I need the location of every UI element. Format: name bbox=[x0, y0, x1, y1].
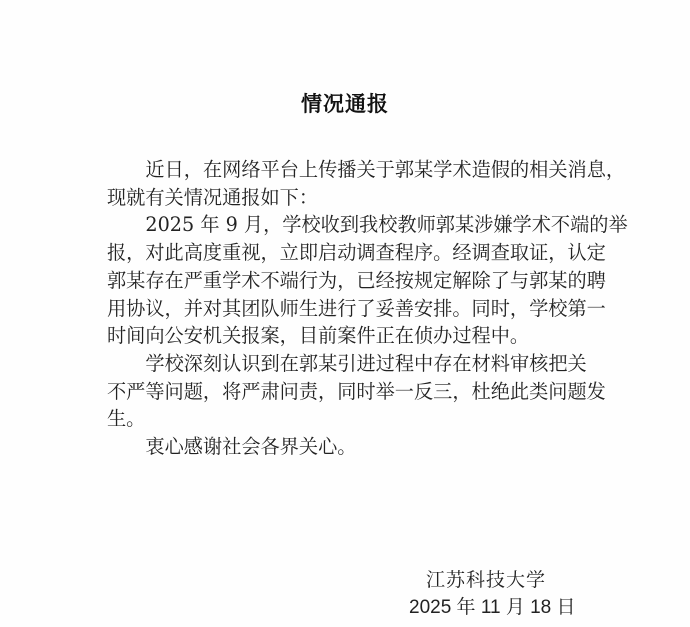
text-line: 不严等问题，将严肃问责，同时举一反三，杜绝此类问题发 bbox=[107, 378, 597, 406]
paragraph-thanks: 衷心感谢社会各界关心。 bbox=[107, 433, 597, 461]
text-line: 生。 bbox=[107, 405, 597, 433]
paragraph-investigation: 2025 年 9 月，学校收到我校教师郭某涉嫌学术不端的举 报，对此高度重视，立… bbox=[107, 211, 597, 350]
paragraph-accountability: 学校深刻认识到在郭某引进过程中存在材料审核把关 不严等问题，将严肃问责，同时举一… bbox=[107, 350, 597, 433]
document-title: 情况通报 bbox=[0, 88, 690, 118]
text-line: 用协议，并对其团队师生进行了妥善安排。同时，学校第一 bbox=[107, 295, 597, 323]
signature-institution: 江苏科技大学 bbox=[426, 565, 546, 592]
text-line: 报，对此高度重视，立即启动调查程序。经调查取证，认定 bbox=[107, 239, 597, 267]
paragraph-intro: 近日，在网络平台上传播关于郭某学术造假的相关消息， 现就有关情况通报如下： bbox=[107, 156, 597, 211]
text-line: 郭某存在严重学术不端行为，已经按规定解除了与郭某的聘 bbox=[107, 267, 597, 295]
document-body: 近日，在网络平台上传播关于郭某学术造假的相关消息， 现就有关情况通报如下： 20… bbox=[107, 156, 597, 461]
text-line: 近日，在网络平台上传播关于郭某学术造假的相关消息， bbox=[107, 156, 597, 184]
text-line: 学校深刻认识到在郭某引进过程中存在材料审核把关 bbox=[107, 350, 597, 378]
text-line: 2025 年 9 月，学校收到我校教师郭某涉嫌学术不端的举 bbox=[107, 211, 597, 239]
text-line: 现就有关情况通报如下： bbox=[107, 184, 597, 212]
signature-date: 2025 年 11 月 18 日 bbox=[409, 592, 576, 619]
text-line: 衷心感谢社会各界关心。 bbox=[107, 433, 597, 461]
text-line: 时间向公安机关报案，目前案件正在侦办过程中。 bbox=[107, 322, 597, 350]
